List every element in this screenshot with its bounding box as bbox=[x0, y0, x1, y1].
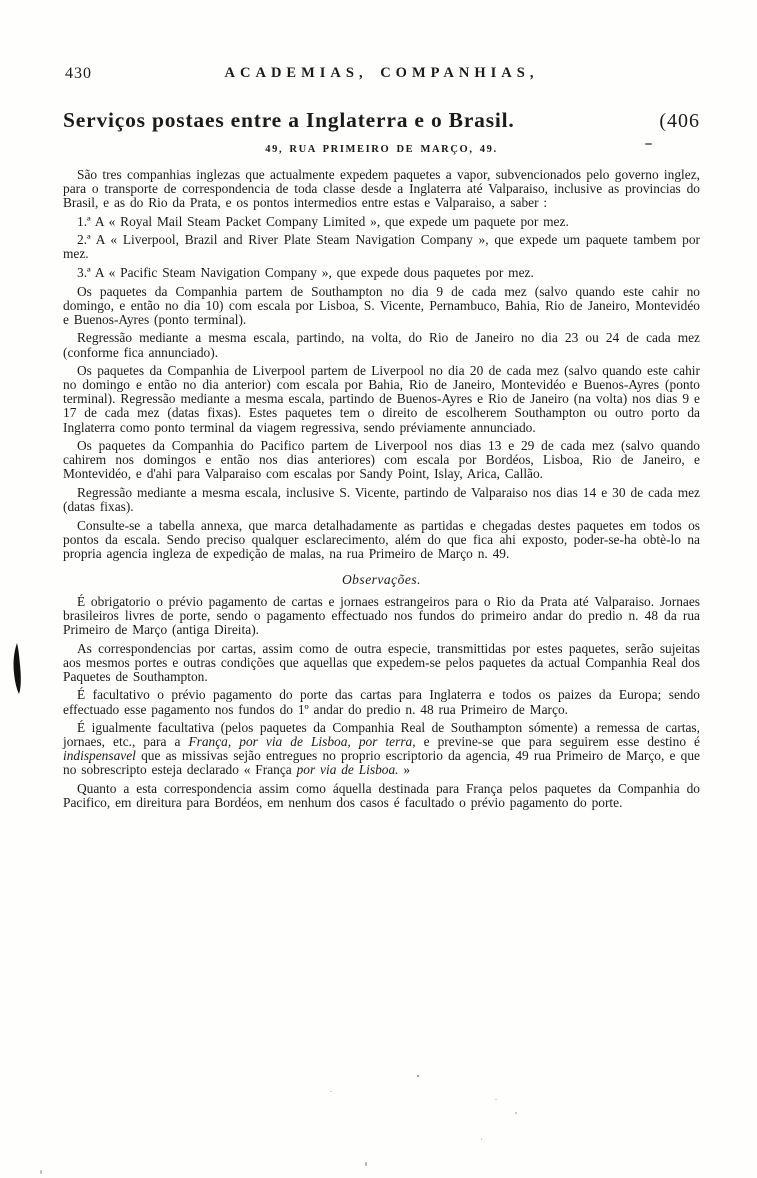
dash-artifact bbox=[645, 143, 652, 145]
running-header: ACADEMIAS, COMPANHIAS, bbox=[225, 65, 539, 81]
entry-number: (406 bbox=[659, 110, 700, 133]
paragraph-liverpool-company: Os paquetes da Companhia de Liverpool pa… bbox=[63, 364, 700, 434]
paragraph-consult-table: Consulte-se a tabella annexa, que marca … bbox=[63, 519, 700, 561]
text-segment-italic: por via de Lisboa. bbox=[297, 762, 399, 777]
observations-heading: Observações. bbox=[63, 572, 700, 588]
observation-paragraph-3: É facultativo o prévio pagamento do port… bbox=[63, 688, 700, 716]
title-line: Serviços postaes entre a Inglaterra e o … bbox=[63, 108, 700, 133]
text-segment-italic: indispensavel bbox=[63, 748, 136, 763]
text-segment: » bbox=[399, 762, 411, 777]
list-item-company-2: 2.ª A « Liverpool, Brazil and River Plat… bbox=[63, 233, 700, 261]
ink-blot-artifact bbox=[13, 643, 24, 694]
text-segment: , e previne-se que para seguirem esse de… bbox=[412, 734, 700, 749]
paragraph-return-valparaiso: Regressão mediante a mesma escala, inclu… bbox=[63, 486, 700, 514]
scan-speck bbox=[495, 1099, 497, 1100]
scan-speck bbox=[515, 1112, 517, 1114]
address-line: 49, RUA PRIMEIRO DE MARÇO, 49. bbox=[63, 144, 700, 155]
paragraph-southampton-departures: Os paquetes da Companhia partem de South… bbox=[63, 285, 700, 327]
scan-speck bbox=[330, 1091, 332, 1092]
paragraph-intro: São tres companhias inglezas que actualm… bbox=[63, 168, 700, 210]
observation-paragraph-1: É obrigatorio o prévio pagamento de cart… bbox=[63, 595, 700, 637]
scanned-page: 430 ACADEMIAS, COMPANHIAS, Serviços post… bbox=[0, 0, 757, 1178]
list-item-company-1: 1.ª A « Royal Mail Steam Packet Company … bbox=[63, 215, 700, 229]
observation-paragraph-5: Quanto a esta correspondencia assim como… bbox=[63, 782, 700, 810]
page-number: 430 bbox=[65, 65, 92, 83]
paragraph-return-rio: Regressão mediante a mesma escala, parti… bbox=[63, 331, 700, 359]
article-title: Serviços postaes entre a Inglaterra e o … bbox=[63, 108, 515, 133]
scan-speck bbox=[417, 1075, 419, 1077]
observation-paragraph-4: É igualmente facultativa (pelos paquetes… bbox=[63, 721, 700, 777]
page-header: 430 ACADEMIAS, COMPANHIAS, bbox=[63, 64, 700, 86]
observation-paragraph-2: As correspondencias por cartas, assim co… bbox=[63, 642, 700, 684]
article: Serviços postaes entre a Inglaterra e o … bbox=[63, 108, 700, 810]
scan-speck bbox=[365, 1162, 367, 1166]
scan-speck bbox=[40, 1170, 42, 1174]
list-item-company-3: 3.ª A « Pacific Steam Navigation Company… bbox=[63, 266, 700, 280]
scan-speck bbox=[481, 1138, 482, 1140]
paragraph-pacific-company: Os paquetes da Companhia do Pacifico par… bbox=[63, 439, 700, 481]
text-segment-italic: França, por via de Lisboa, por terra bbox=[188, 734, 412, 749]
